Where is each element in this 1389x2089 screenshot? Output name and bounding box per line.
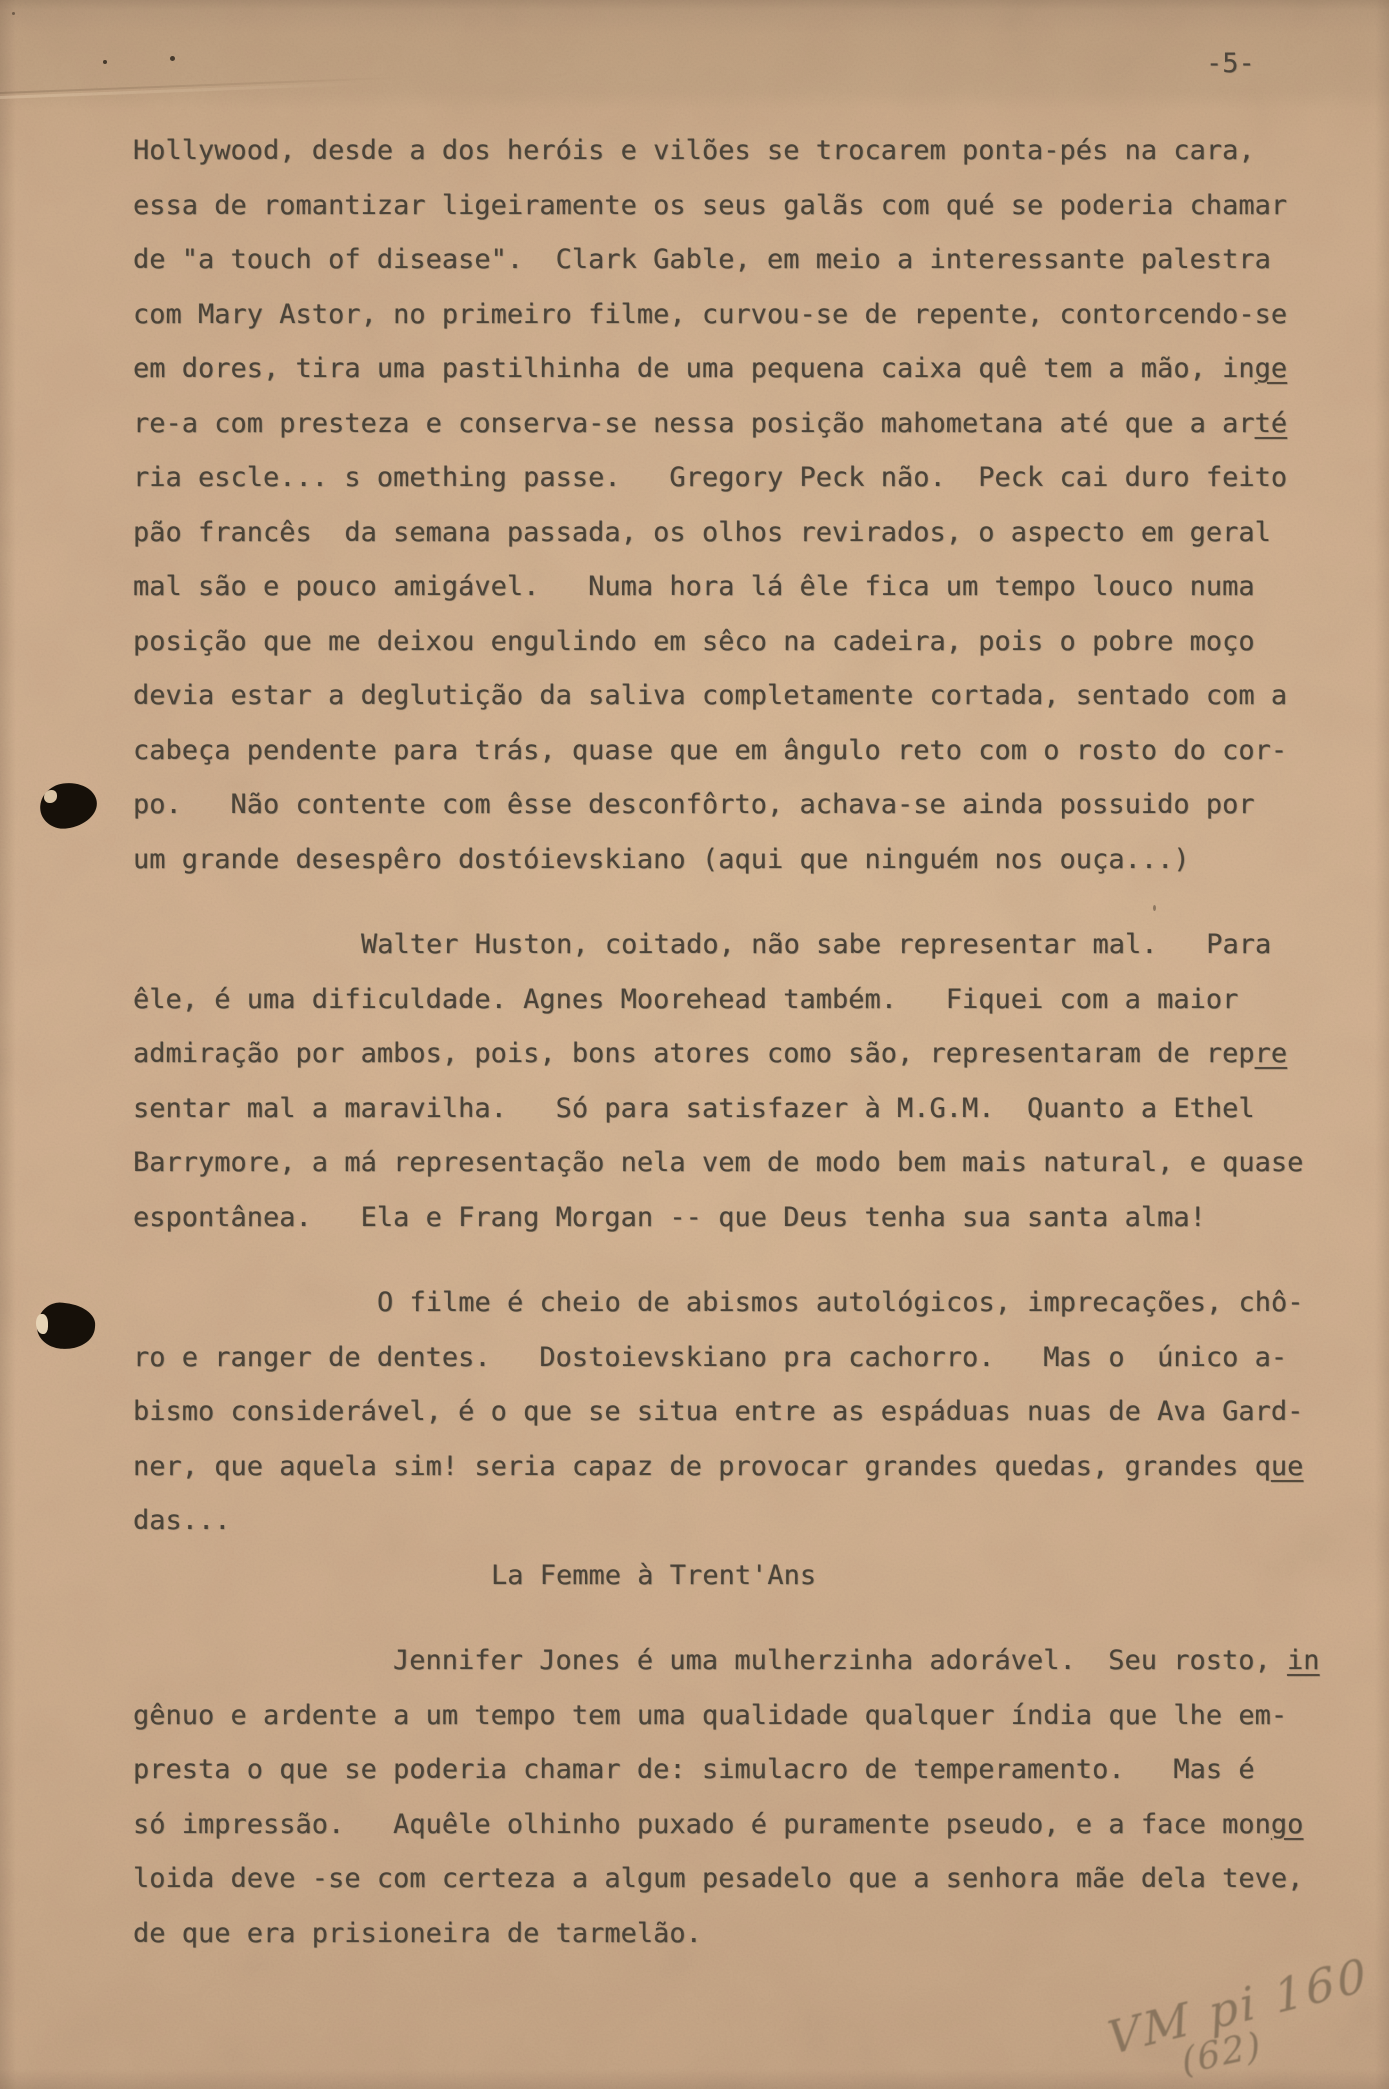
text-line: só impressão. Aquêle olhinho puxado é pu… (133, 1798, 1349, 1853)
typed-text-block: Hollywood, desde a dos heróis e vilões s… (133, 124, 1349, 1961)
text-line: pão francês da semana passada, os olhos … (133, 506, 1349, 561)
paper-crease (0, 77, 400, 94)
underlined-syllable: ge (1255, 353, 1288, 384)
text-line: re-a com presteza e conserva-se nessa po… (133, 397, 1349, 452)
section-heading-line: La Femme à Trent'Ans (133, 1549, 1349, 1604)
underlined-syllable: ue (1271, 1451, 1304, 1482)
text-line: essa de romantizar ligeiramente os seus … (133, 179, 1349, 234)
underlined-syllable: re (1255, 1038, 1288, 1069)
paper-crease (0, 82, 360, 99)
text-line: Jennifer Jones é uma mulherzinha adoráve… (133, 1634, 1349, 1689)
text-line: um grande desespêro dostóievskiano (aqui… (133, 833, 1349, 888)
text-line: ner, que aquela sim! seria capaz de prov… (133, 1440, 1349, 1495)
text-line: admiração por ambos, pois, bons atores c… (133, 1027, 1349, 1082)
text-line: espontânea. Ela e Frang Morgan -- que De… (133, 1191, 1349, 1246)
text-line: das... (133, 1494, 1349, 1549)
page-number: -5- (1206, 48, 1255, 79)
text-line: Walter Huston, coitado, não sabe represe… (133, 918, 1349, 973)
ink-blob-notch (36, 1314, 48, 1334)
paper-speck (12, 12, 15, 15)
text-line: O filme é cheio de abismos autológicos, … (133, 1276, 1349, 1331)
underlined-syllable: té (1255, 408, 1288, 439)
text-line: Hollywood, desde a dos heróis e vilões s… (133, 124, 1349, 179)
underlined-syllable: in (1287, 1645, 1320, 1676)
text-line: sentar mal a maravilha. Só para satisfaz… (133, 1082, 1349, 1137)
paper-speck (170, 56, 175, 61)
text-line: loida deve -se com certeza a algum pesad… (133, 1852, 1349, 1907)
text-line: de "a touch of disease". Clark Gable, em… (133, 233, 1349, 288)
underlined-syllable: go (1271, 1809, 1304, 1840)
text-line: cabeça pendente para trás, quase que em … (133, 724, 1349, 779)
paper-speck (103, 60, 107, 64)
text-line: posição que me deixou engulindo em sêco … (133, 615, 1349, 670)
document-page: -5- Hollywood, desde a dos heróis e vilõ… (0, 0, 1389, 2089)
text-line: presta o que se poderia chamar de: simul… (133, 1743, 1349, 1798)
ink-blob (37, 779, 100, 831)
text-line: com Mary Astor, no primeiro filme, curvo… (133, 288, 1349, 343)
text-line: em dores, tira uma pastilhinha de uma pe… (133, 342, 1349, 397)
text-line: Barrymore, a má representação nela vem d… (133, 1136, 1349, 1191)
text-line: ria escle... s omething passe. Gregory P… (133, 451, 1349, 506)
text-line: mal são e pouco amigável. Numa hora lá ê… (133, 560, 1349, 615)
text-line: ro e ranger de dentes. Dostoievskiano pr… (133, 1331, 1349, 1386)
text-line: po. Não contente com êsse desconfôrto, a… (133, 778, 1349, 833)
text-line: de que era prisioneira de tarmelão. (133, 1907, 1349, 1962)
text-line: devia estar a deglutição da saliva compl… (133, 669, 1349, 724)
text-line: êle, é uma dificuldade. Agnes Moorehead … (133, 973, 1349, 1028)
text-line: bismo considerável, é o que se situa ent… (133, 1385, 1349, 1440)
text-line: gênuo e ardente a um tempo tem uma quali… (133, 1689, 1349, 1744)
